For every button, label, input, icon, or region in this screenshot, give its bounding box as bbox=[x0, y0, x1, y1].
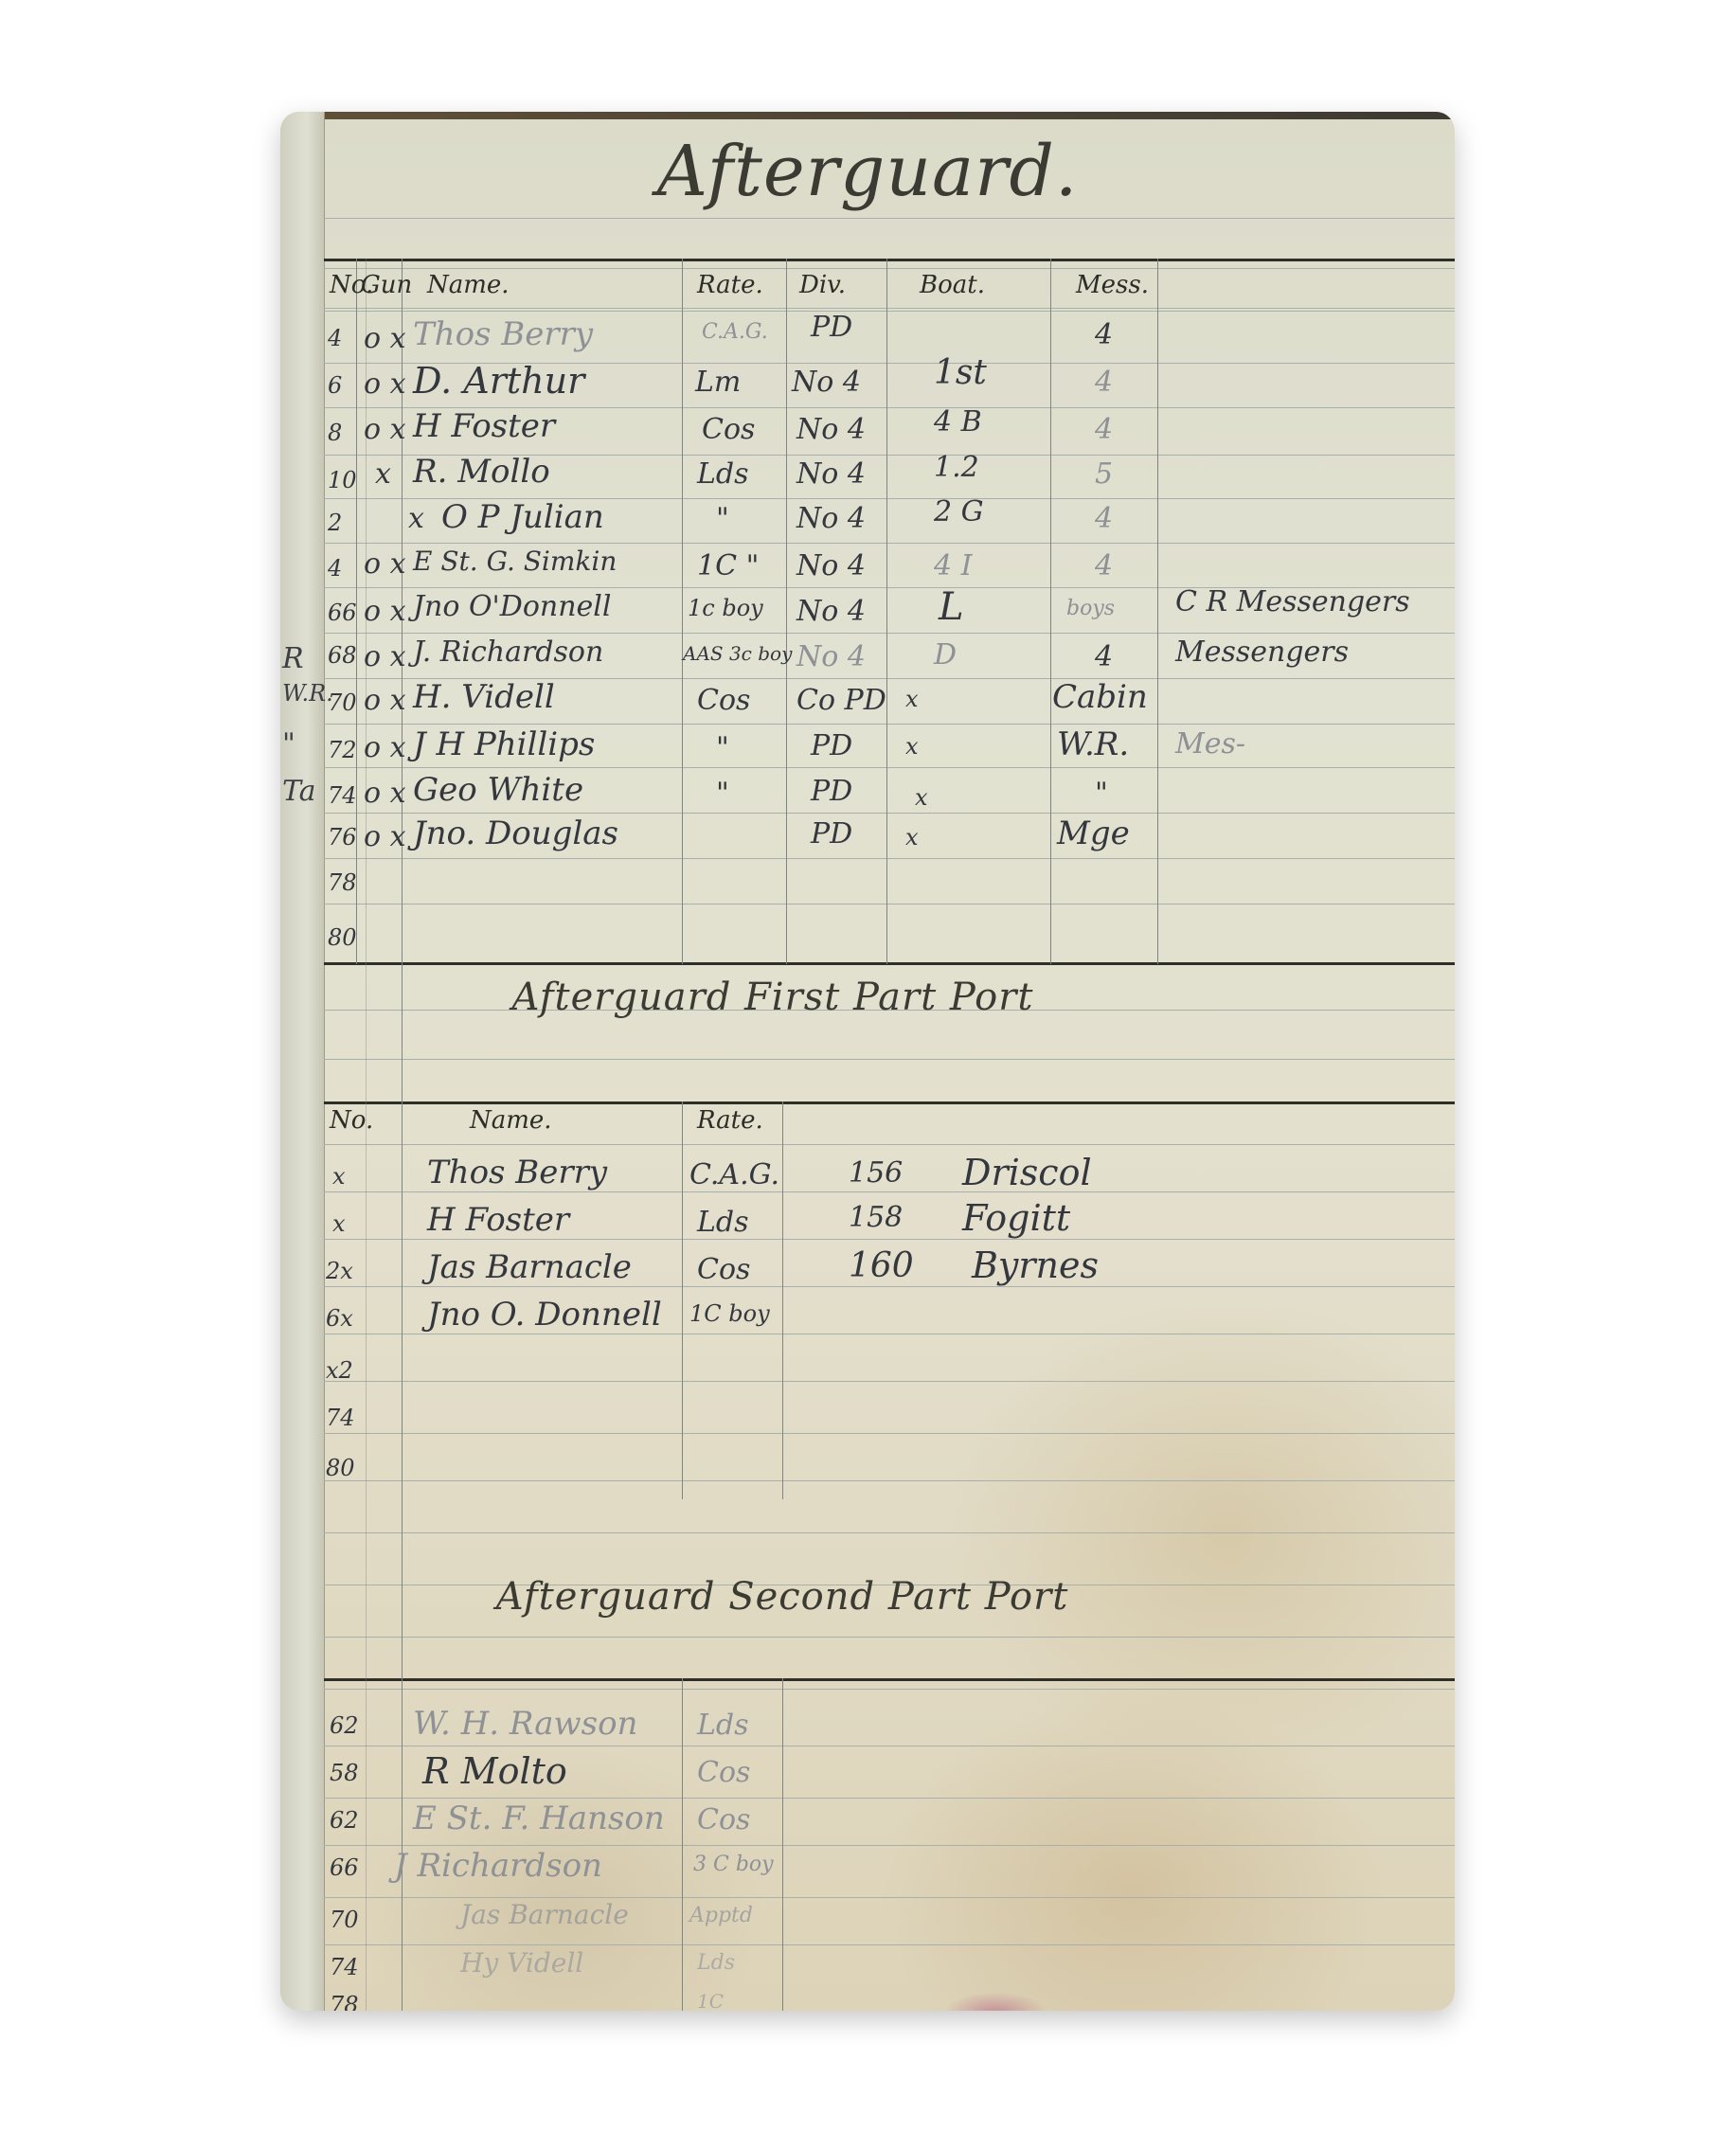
page-top-edge bbox=[324, 112, 1455, 119]
ruled-line bbox=[682, 259, 683, 964]
cell-text: 74 bbox=[330, 1954, 359, 1980]
cell-text: 80 bbox=[328, 924, 357, 951]
col-header-gun: Gun bbox=[361, 271, 412, 299]
cell-text: o x bbox=[364, 777, 406, 810]
cell-text: x bbox=[408, 502, 424, 535]
ruled-line bbox=[782, 1678, 783, 2011]
cell-text: J H Phillips bbox=[413, 725, 595, 763]
cell-text: 6 bbox=[328, 372, 342, 399]
ink-stain bbox=[943, 1992, 1047, 2011]
col-header-rate: Rate. bbox=[697, 1106, 763, 1135]
ruled-line bbox=[324, 633, 1455, 634]
ruled-line bbox=[324, 1689, 1455, 1690]
ruled-line bbox=[324, 1101, 1455, 1104]
cell-text: Cos bbox=[702, 413, 755, 446]
cell-text: Lds bbox=[697, 1206, 749, 1239]
cell-text: Co PD bbox=[796, 684, 886, 717]
cell-text: 1C bbox=[697, 1990, 724, 2011]
facing-page-edge: R W.R. " Ta bbox=[280, 112, 325, 2011]
ruled-line bbox=[324, 1678, 1455, 1681]
cell-text: Thos Berry bbox=[427, 1154, 607, 1191]
cell-text: boys bbox=[1066, 597, 1115, 620]
cell-text: o x bbox=[364, 684, 406, 717]
cell-text: Apptd bbox=[689, 1904, 753, 1927]
cell-text: o x bbox=[364, 367, 406, 401]
cell-text: 4 bbox=[1095, 640, 1113, 673]
cell-text: 80 bbox=[326, 1455, 355, 1481]
cell-text: PD bbox=[811, 817, 852, 851]
spine-note: Ta bbox=[282, 775, 316, 808]
ruled-line bbox=[324, 904, 1455, 904]
cell-text: Jas Barnacle bbox=[460, 1899, 629, 1930]
cell-text: 4 B bbox=[934, 405, 982, 439]
ruled-line bbox=[324, 1845, 1455, 1846]
cell-text: Hy Videll bbox=[460, 1947, 583, 1979]
col-header-div: Div. bbox=[799, 271, 846, 299]
cell-text: No 4 bbox=[796, 413, 866, 446]
cell-text: O P Julian bbox=[441, 498, 604, 536]
cell-text: 2 bbox=[328, 510, 342, 536]
cell-text: H. Videll bbox=[413, 678, 555, 716]
cell-text: No 4 bbox=[796, 595, 866, 628]
cell-text: Driscol bbox=[962, 1152, 1092, 1193]
cell-text: Byrnes bbox=[972, 1245, 1099, 1286]
cell-text: Fogitt bbox=[962, 1197, 1070, 1239]
cell-text: Thos Berry bbox=[413, 315, 593, 353]
cell-text: " bbox=[716, 777, 729, 810]
cell-text: o x bbox=[364, 640, 406, 673]
cell-text: 70 bbox=[328, 689, 357, 716]
ruled-line bbox=[324, 813, 1455, 814]
cell-text: No 4 bbox=[796, 640, 866, 673]
ruled-line bbox=[324, 1191, 1455, 1192]
cell-text: 160 bbox=[849, 1246, 914, 1285]
cell-text: 3 C boy bbox=[693, 1853, 774, 1876]
cell-text: Lds bbox=[697, 1709, 749, 1742]
cell-text: Cos bbox=[697, 1253, 750, 1286]
ruled-line bbox=[324, 858, 1455, 859]
cell-text: o x bbox=[364, 820, 406, 853]
cell-text: o x bbox=[364, 595, 406, 628]
ruled-line bbox=[324, 1637, 1455, 1638]
ruled-line bbox=[324, 218, 1455, 219]
ruled-line bbox=[786, 259, 787, 964]
ruled-line bbox=[324, 1144, 1455, 1145]
cell-text: 4 bbox=[1095, 413, 1113, 446]
cell-text: 1C boy bbox=[689, 1300, 770, 1327]
ruled-line bbox=[324, 543, 1455, 544]
cell-text: Jno. Douglas bbox=[413, 815, 618, 852]
cell-text: J. Richardson bbox=[413, 636, 603, 669]
cell-text: 74 bbox=[328, 782, 357, 809]
cell-text: J Richardson bbox=[394, 1847, 602, 1885]
cell-text: Cos bbox=[697, 1756, 750, 1789]
cell-text: Messengers bbox=[1175, 636, 1349, 669]
cell-text: 5 bbox=[1095, 457, 1113, 491]
cell-text: " bbox=[716, 502, 729, 535]
cell-text: 4 bbox=[328, 325, 342, 351]
cell-text: PD bbox=[811, 729, 852, 762]
col-header-mess: Mess. bbox=[1076, 271, 1149, 299]
cell-text: Lds bbox=[697, 1951, 735, 1975]
cell-text: x bbox=[332, 1210, 346, 1237]
ruled-line bbox=[324, 724, 1455, 725]
ruled-line bbox=[324, 1746, 1455, 1746]
cell-text: 2x bbox=[326, 1258, 353, 1284]
ruled-line bbox=[324, 1798, 1455, 1799]
cell-text: Geo White bbox=[413, 771, 583, 809]
cell-text: Cos bbox=[697, 1803, 750, 1836]
cell-text: PD bbox=[811, 775, 852, 808]
ruled-line bbox=[324, 268, 1455, 269]
cell-text: " bbox=[716, 731, 729, 764]
ruled-line bbox=[324, 1944, 1455, 1945]
cell-text: 1c boy bbox=[688, 595, 763, 621]
ruled-line bbox=[324, 1334, 1455, 1334]
cell-text: Mes- bbox=[1175, 727, 1245, 761]
cell-text: No 4 bbox=[792, 366, 861, 399]
spine-note: " bbox=[282, 727, 295, 761]
cell-text: AAS 3c boy bbox=[683, 642, 792, 665]
cell-text: 78 bbox=[328, 869, 357, 896]
cell-text: PD bbox=[811, 311, 852, 344]
cell-text: 4 bbox=[328, 555, 342, 582]
cell-text: 66 bbox=[330, 1854, 359, 1881]
cell-text: o x bbox=[364, 413, 406, 446]
ruled-line bbox=[324, 1532, 1455, 1533]
ruled-line bbox=[782, 1101, 783, 1499]
spine-note: W.R. bbox=[282, 680, 333, 707]
cell-text: 4 bbox=[1095, 549, 1113, 582]
cell-text: x bbox=[332, 1163, 346, 1190]
cell-text: No 4 bbox=[796, 549, 866, 582]
ruled-line bbox=[324, 1433, 1455, 1434]
ruled-line bbox=[324, 1239, 1455, 1240]
section-title-second-part-port: Afterguard Second Part Port bbox=[280, 1575, 1455, 1619]
cell-text: C R Messengers bbox=[1175, 585, 1410, 618]
ruled-line bbox=[324, 1286, 1455, 1287]
cell-text: E St. F. Hanson bbox=[413, 1800, 665, 1837]
ruled-line bbox=[366, 259, 367, 2011]
cell-text: o x bbox=[364, 547, 406, 581]
cell-text: C.A.G. bbox=[689, 1158, 779, 1191]
ruled-line bbox=[1157, 259, 1158, 964]
cell-text: 10 bbox=[328, 467, 357, 493]
section-title-afterguard: Afterguard. bbox=[280, 131, 1455, 212]
cell-text: No 4 bbox=[796, 502, 866, 535]
section-title-first-part-port: Afterguard First Part Port bbox=[280, 976, 1455, 1019]
ruled-line bbox=[682, 1678, 683, 2011]
col-header-no: No. bbox=[330, 1106, 373, 1135]
cell-text: 62 bbox=[330, 1712, 359, 1739]
cell-text: 1st bbox=[934, 353, 987, 392]
ruled-line bbox=[324, 767, 1455, 768]
cell-text: o x bbox=[364, 731, 406, 764]
col-header-name: Name. bbox=[470, 1106, 552, 1135]
cell-text: R Molto bbox=[422, 1750, 567, 1792]
col-header-rate: Rate. bbox=[697, 271, 763, 299]
cell-text: 158 bbox=[849, 1201, 903, 1234]
cell-text: W.R. bbox=[1057, 725, 1129, 763]
cell-text: x bbox=[905, 733, 919, 760]
cell-text: 4 bbox=[1095, 502, 1113, 535]
cell-text: Cabin bbox=[1052, 678, 1148, 716]
cell-text: H Foster bbox=[413, 407, 555, 445]
cell-text: Mge bbox=[1057, 815, 1130, 852]
spine-note: R bbox=[282, 642, 304, 675]
cell-text: 8 bbox=[328, 420, 342, 446]
cell-text: 58 bbox=[330, 1760, 359, 1786]
cell-text: 62 bbox=[330, 1807, 359, 1834]
ruled-line bbox=[682, 1101, 683, 1499]
cell-text: 72 bbox=[328, 737, 357, 763]
cell-text: 68 bbox=[328, 642, 357, 669]
ruled-line bbox=[886, 259, 887, 964]
cell-text: 4 bbox=[1095, 318, 1113, 351]
cell-text: x bbox=[375, 457, 391, 491]
cell-text: x bbox=[905, 686, 919, 712]
ruled-line bbox=[324, 1480, 1455, 1481]
ruled-line bbox=[1050, 259, 1051, 964]
ruled-line bbox=[402, 259, 403, 2011]
cell-text: 6x bbox=[326, 1305, 353, 1332]
cell-text: x2 bbox=[326, 1357, 353, 1384]
ruled-line bbox=[324, 1059, 1455, 1060]
cell-text: H Foster bbox=[427, 1201, 569, 1239]
cell-text: 4 I bbox=[934, 549, 972, 582]
cell-text: Jas Barnacle bbox=[427, 1248, 632, 1286]
ruled-line bbox=[324, 311, 1455, 312]
cell-text: Lm bbox=[695, 366, 741, 399]
ruled-line bbox=[324, 1897, 1455, 1898]
cell-text: E St. G. Simkin bbox=[413, 546, 617, 577]
cell-text: " bbox=[1095, 777, 1108, 810]
ruled-line bbox=[324, 308, 1455, 309]
cell-text: 2 G bbox=[934, 495, 984, 528]
col-header-name: Name. bbox=[427, 271, 510, 299]
cell-text: 78 bbox=[330, 1992, 359, 2011]
cell-text: R. Mollo bbox=[413, 453, 550, 491]
cell-text: W. H. Rawson bbox=[413, 1705, 637, 1743]
cell-text: Jno O'Donnell bbox=[413, 590, 612, 623]
cell-text: 70 bbox=[330, 1907, 359, 1933]
cell-text: D bbox=[934, 638, 957, 672]
cell-text: x bbox=[905, 824, 919, 851]
ledger-page: R W.R. " Ta bbox=[280, 112, 1455, 2011]
cell-text: L bbox=[939, 585, 964, 629]
ruled-line bbox=[324, 1381, 1455, 1382]
cell-text: 74 bbox=[326, 1405, 355, 1431]
col-header-boat: Boat. bbox=[920, 271, 985, 299]
cell-text: o x bbox=[364, 322, 406, 355]
cell-text: 156 bbox=[849, 1156, 903, 1190]
cell-text: x bbox=[915, 784, 928, 811]
ruled-line bbox=[324, 259, 1455, 261]
cell-text: 76 bbox=[328, 824, 357, 851]
cell-text: 1C " bbox=[697, 549, 759, 582]
cell-text: Lds bbox=[697, 457, 749, 491]
cell-text: 66 bbox=[328, 600, 357, 626]
cell-text: C.A.G. bbox=[702, 320, 768, 344]
cell-text: 1.2 bbox=[934, 451, 979, 484]
cell-text: D. Arthur bbox=[413, 360, 584, 402]
cell-text: Cos bbox=[697, 684, 750, 717]
cell-text: Jno O. Donnell bbox=[427, 1296, 662, 1334]
cell-text: 4 bbox=[1095, 366, 1113, 399]
cell-text: No 4 bbox=[796, 457, 866, 491]
ruled-line bbox=[324, 962, 1455, 965]
